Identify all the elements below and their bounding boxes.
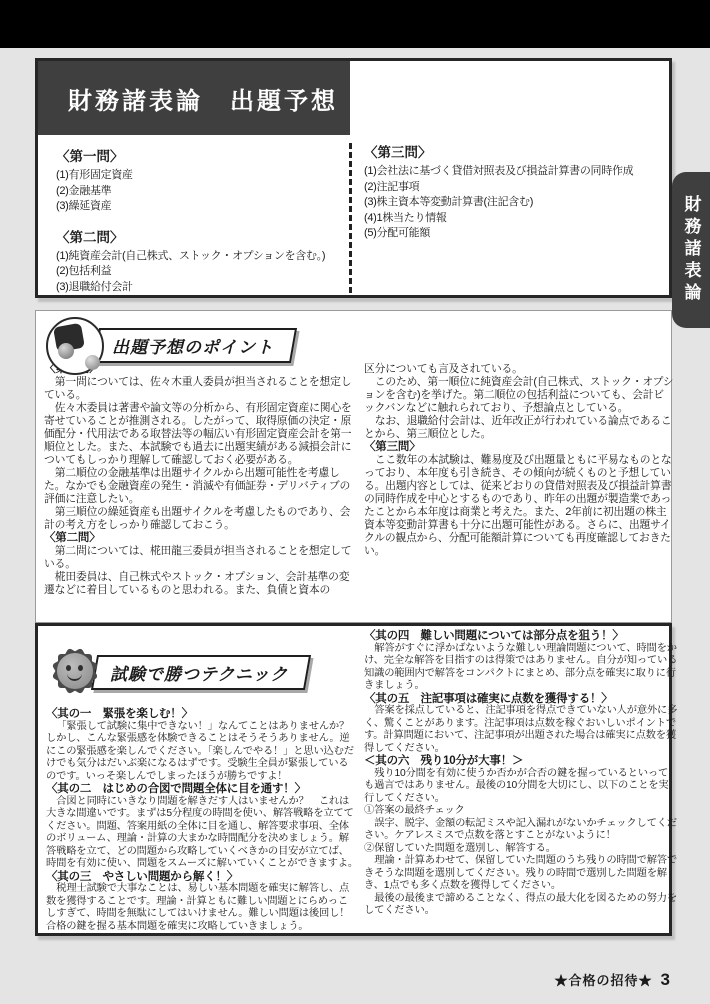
- ball-shape: [85, 355, 100, 370]
- techniques-badge: 試験で勝つテクニック: [48, 644, 308, 698]
- question2-item: (3)退職給付会計: [56, 280, 362, 296]
- question3-heading: 〈第三問〉: [364, 141, 664, 161]
- technique-heading: 〈其の四 難しい問題については部分点を狙う！〉: [364, 630, 678, 643]
- points-paragraph: 椛田委員は、自己株式やストック・オプション、会計基準の変遷などに着目しているもの…: [44, 571, 356, 597]
- question3-item: (4)1株当たり情報: [364, 211, 664, 227]
- question3-item: (1)会社法に基づく貸借対照表及び損益計算書の同時作成: [364, 164, 664, 180]
- technique-paragraph: 合図と同時にいきなり問題を解きだす人はいませんか？ これは大きな間違いです。まず…: [46, 796, 358, 871]
- forecast-box: 財務諸表論 出題予想 〈第一問〉 (1)有形固定資産 (2)金融基準 (3)繰延…: [35, 58, 672, 298]
- points-paragraph: 第二順位の金融基準は出題サイクルから出題可能性を考慮した。なかでも金融資産の発生…: [44, 467, 356, 506]
- question2-item: (2)包括利益: [56, 264, 362, 280]
- question1-item: (3)繰延資産: [56, 199, 362, 215]
- points-heading: 〈第三問〉: [364, 441, 674, 454]
- points-right-column: 区分についても言及されている。 このため、第一順位に純資産会計(自己株式、ストッ…: [364, 363, 674, 558]
- points-badge-label: 出題予想のポイント: [112, 333, 274, 358]
- question1-item: (1)有形固定資産: [56, 168, 362, 184]
- sun-rays: [47, 643, 103, 699]
- techniques-badge-tag: 試験で勝つテクニック: [91, 655, 311, 690]
- technique-paragraph: 答案を採点していると、注記事項を得点できていない人が意外に多く、驚くことがありま…: [364, 705, 678, 755]
- points-paragraph: 区分についても言及されている。: [364, 363, 674, 376]
- technique-heading: 〈其の二 はじめの合図で問題全体に目を通す！〉: [46, 783, 358, 796]
- techniques-right-column: 〈其の四 難しい問題については部分点を狙う！〉 解答がすぐに浮かばないような難し…: [364, 630, 678, 918]
- points-paragraph: 第二問については、椛田龍三委員が担当されることを想定している。: [44, 545, 356, 571]
- technique-step: ②保留していた問題を選別し、解答する。: [364, 843, 678, 856]
- techniques-left-column: 〈其の一 緊張を楽しむ！〉 「緊張して試験に集中できない！」なんてことはありませ…: [46, 708, 358, 933]
- points-badge-tag: 出題予想のポイント: [93, 328, 297, 363]
- technique-paragraph: 税理士試験で大事なことは、易しい基本問題を確実に解答し、点数を獲得することです。…: [46, 883, 358, 933]
- points-heading: 〈第二問〉: [44, 532, 356, 545]
- page-title-block: 財務諸表論 出題予想: [38, 61, 350, 135]
- question3-item: (3)株主資本等変動計算書(注記含む): [364, 195, 664, 211]
- points-left-column: 〈第一問〉 第一問については、佐々木重人委員が担当されることを想定している。 佐…: [44, 363, 356, 597]
- question3-item: (5)分配可能額: [364, 226, 664, 242]
- points-paragraph: 佐々木委員は著書や論文等の分析から、有形固定資産に関心を寄せていることが推測され…: [44, 402, 356, 467]
- technique-heading: 〈其の五 注記事項は確実に点数を獲得する！〉: [364, 693, 678, 706]
- points-paragraph: 第三順位の繰延資産も出題サイクルを考慮したものであり、会計の考え方をしっかり確認…: [44, 506, 356, 532]
- page-title: 財務諸表論 出題予想: [68, 81, 338, 116]
- techniques-badge-label: 試験で勝つテクニック: [110, 660, 288, 685]
- technique-step: ①答案の最終チェック: [364, 805, 678, 818]
- question1-item: (2)金融基準: [56, 184, 362, 200]
- forecast-left-column: 〈第一問〉 (1)有形固定資産 (2)金融基準 (3)繰延資産 〈第二問〉 (1…: [56, 145, 362, 295]
- question2-heading: 〈第二問〉: [56, 226, 362, 246]
- technique-paragraph: 「緊張して試験に集中できない！」なんてことはありませんか？ しかし、こんな緊張感…: [46, 721, 358, 784]
- ball-shape: [58, 343, 74, 359]
- top-black-bar: [0, 0, 710, 48]
- technique-heading: 〈其の三 やさしい問題から解く！〉: [46, 871, 358, 884]
- question3-item: (2)注記事項: [364, 180, 664, 196]
- points-section: 出題予想のポイント 〈第一問〉 第一問については、佐々木重人委員が担当されること…: [35, 310, 672, 623]
- technique-heading: ＜其の六 残り10分が大事！＞: [364, 755, 678, 768]
- technique-paragraph: 理論・計算あわせて、保留していた問題のうち残りの時間で解答できそうな問題を選別し…: [364, 855, 678, 893]
- technique-paragraph: 最後の最後まで諦めることなく、得点の最大化を図るための努力をしてください。: [364, 893, 678, 918]
- points-paragraph: このため、第一順位に純資産会計(自己株式、ストック・オプションを含む)を挙げた。…: [364, 376, 674, 415]
- question2-item: (1)純資産会計(自己株式、ストック・オプションを含む。): [56, 249, 362, 265]
- page-number: 3: [661, 970, 670, 990]
- side-tab-subject: 財務諸表論: [672, 172, 710, 328]
- technique-heading: 〈其の一 緊張を楽しむ！〉: [46, 708, 358, 721]
- side-tab-label: 財務諸表論: [679, 195, 704, 305]
- sun-face: [57, 653, 93, 689]
- points-badge: 出題予想のポイント: [46, 317, 294, 375]
- techniques-section: 試験で勝つテクニック 〈其の一 緊張を楽しむ！〉 「緊張して試験に集中できない！…: [35, 623, 672, 936]
- points-paragraph: ここ数年の本試験は、難易度及び出題量ともに平易なものとなっており、本年度も引き続…: [364, 454, 674, 558]
- points-paragraph: 第一問については、佐々木重人委員が担当されることを想定している。: [44, 376, 356, 402]
- question1-heading: 〈第一問〉: [56, 145, 362, 165]
- technique-paragraph: 解答がすぐに浮かばないような難しい理論問題について、時間をかけ、完全な解答を目指…: [364, 643, 678, 693]
- sun-face-icon: [48, 644, 102, 698]
- forecast-right-column: 〈第三問〉 (1)会社法に基づく貸借対照表及び損益計算書の同時作成 (2)注記事…: [364, 141, 664, 242]
- technique-paragraph: 残り10分間を有効に使うか否かが合否の鍵を握っているといっても過言ではありません…: [364, 768, 678, 806]
- dice-icon: [46, 317, 104, 375]
- footer-magazine-title: ★合格の招待★: [555, 970, 653, 989]
- points-paragraph: なお、退職給付会計は、近年改正が行われている論点であることから、第三順位とした。: [364, 415, 674, 441]
- page-footer: ★合格の招待★ 3: [555, 970, 670, 990]
- technique-paragraph: 誤字、脱字、金額の転記ミスや記入漏れがないかチェックしてください。ケアレスミスで…: [364, 818, 678, 843]
